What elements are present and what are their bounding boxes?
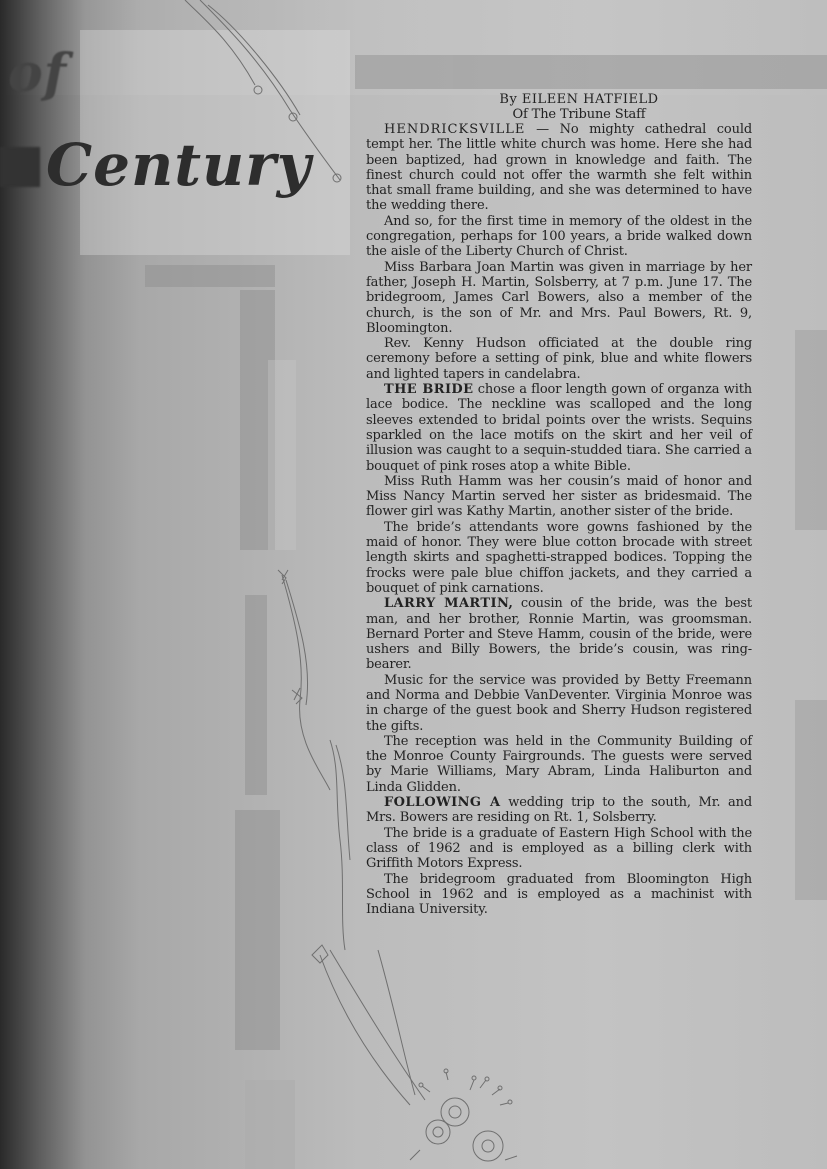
article-paragraph: And so, for the first time in memory of … [366, 214, 752, 260]
article-body: HENDRICKSVILLE — No mighty cathedral cou… [366, 122, 752, 917]
cut-off-letter [0, 147, 40, 187]
article-paragraph: Miss Barbara Joan Martin was given in ma… [366, 260, 752, 336]
article-paragraph: The bride’s attendants wore gowns fashio… [366, 520, 752, 596]
headline-line-1: of [8, 48, 67, 100]
article-paragraph: HENDRICKSVILLE — No mighty cathedral cou… [366, 122, 752, 214]
tape-strip [268, 360, 296, 550]
article-paragraph: The bride is a graduate of Eastern High … [366, 826, 752, 872]
tape-strip [795, 330, 827, 530]
article-paragraph: Rev. Kenny Hudson officiated at the doub… [366, 336, 752, 382]
article-paragraph: Miss Ruth Hamm was her cousin’s maid of … [366, 474, 752, 520]
paragraph-lead-in: THE BRIDE [384, 382, 473, 397]
article: By EILEEN HATFIELD Of The Tribune Staff … [366, 92, 752, 917]
paragraph-lead-in: LARRY MARTIN, [384, 596, 513, 611]
tape-strip [245, 1080, 295, 1169]
article-paragraph: The reception was held in the Community … [366, 734, 752, 795]
article-paragraph: Music for the service was provided by Be… [366, 673, 752, 734]
tape-strip [145, 265, 275, 287]
newspaper-page: of Century [0, 0, 827, 1169]
headline-line-2: Century [0, 136, 311, 194]
headline-word-century: Century [46, 131, 311, 199]
paragraph-lead-in: FOLLOWING A [384, 795, 501, 810]
author-name: By EILEEN HATFIELD [406, 92, 752, 107]
tape-strip [795, 700, 827, 900]
tape-strip-top [355, 55, 827, 89]
tape-strip [245, 595, 267, 795]
article-paragraph: LARRY MARTIN, cousin of the bride, was t… [366, 596, 752, 672]
dateline: HENDRICKSVILLE [384, 122, 525, 137]
staff-line: Of The Tribune Staff [406, 107, 752, 122]
byline: By EILEEN HATFIELD Of The Tribune Staff [366, 92, 752, 122]
tape-strip [235, 810, 280, 1050]
article-paragraph: THE BRIDE chose a floor length gown of o… [366, 382, 752, 474]
article-paragraph: FOLLOWING A wedding trip to the south, M… [366, 795, 752, 826]
article-paragraph: The bridegroom graduated from Bloomingto… [366, 872, 752, 918]
